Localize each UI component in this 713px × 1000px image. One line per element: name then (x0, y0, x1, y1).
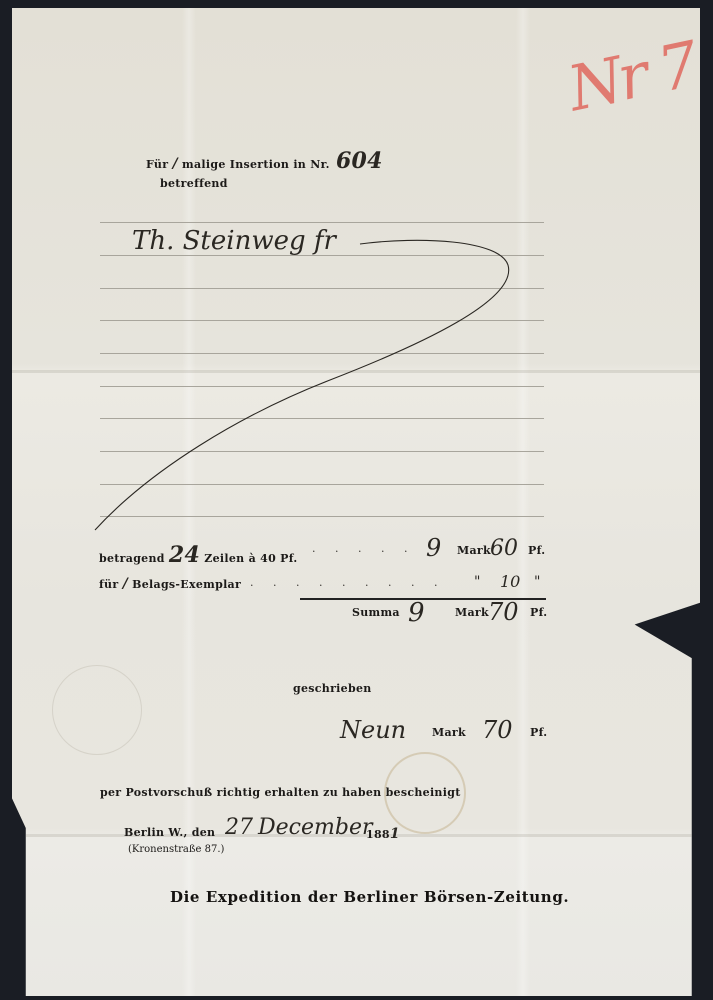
date-month-handwritten: December (258, 815, 372, 840)
embossed-seal (52, 665, 142, 755)
leader-dots: . . . . . (312, 542, 415, 555)
charge-2-mark-ditto: " (474, 574, 480, 590)
charge-2-pf-value: 10 (500, 572, 520, 591)
leader-dots: . . . . . . . . . (250, 576, 445, 589)
cancellation-flourish (0, 0, 713, 1000)
charge-1-prefix: betragend (99, 552, 165, 565)
charge-1-mark-label: Mark (457, 544, 491, 557)
total-label: Summa (352, 606, 400, 619)
charge-1-pf-label: Pf. (528, 544, 545, 557)
place-text: Berlin W., den (124, 826, 215, 839)
total-mark-value: 9 (408, 598, 425, 628)
total-pf-value: 70 (488, 598, 519, 626)
charge-2-pf-ditto: " (534, 574, 540, 590)
charge-line-2: für / Belags-Exemplar (99, 576, 241, 592)
year-written-digit: 1 (390, 826, 400, 842)
place-date-line: Berlin W., den (124, 826, 215, 839)
issuer-footer: Die Expedition der Berliner Börsen-Zeitu… (170, 888, 569, 906)
date-day-handwritten: 27 (225, 815, 253, 840)
lines-count-handwritten: 24 (169, 542, 200, 568)
charge-2-prefix: für (99, 578, 118, 591)
charge-1-pf-value: 60 (490, 536, 518, 561)
written-pf-label: Pf. (530, 726, 547, 739)
charge-2-suffix: Belags-Exemplar (132, 578, 241, 591)
year-printed: 1881 (366, 826, 400, 842)
copies-count-handwritten: / (123, 576, 128, 592)
written-pf-value: 70 (482, 716, 513, 744)
written-mark-words: Neun (340, 716, 406, 744)
charge-line-1: betragend 24 Zeilen à 40 Pf. (99, 542, 298, 568)
written-mark-label: Mark (432, 726, 466, 739)
year-printed-digits: 188 (366, 828, 390, 841)
charge-1-mark-value: 9 (426, 534, 441, 562)
receipt-text: per Postvorschuß richtig erhalten zu hab… (100, 786, 461, 799)
written-label: geschrieben (293, 682, 372, 695)
total-pf-label: Pf. (530, 606, 547, 619)
address-text: (Kronenstraße 87.) (128, 844, 224, 855)
total-mark-label: Mark (455, 606, 489, 619)
charge-1-suffix: Zeilen à 40 Pf. (204, 552, 297, 565)
